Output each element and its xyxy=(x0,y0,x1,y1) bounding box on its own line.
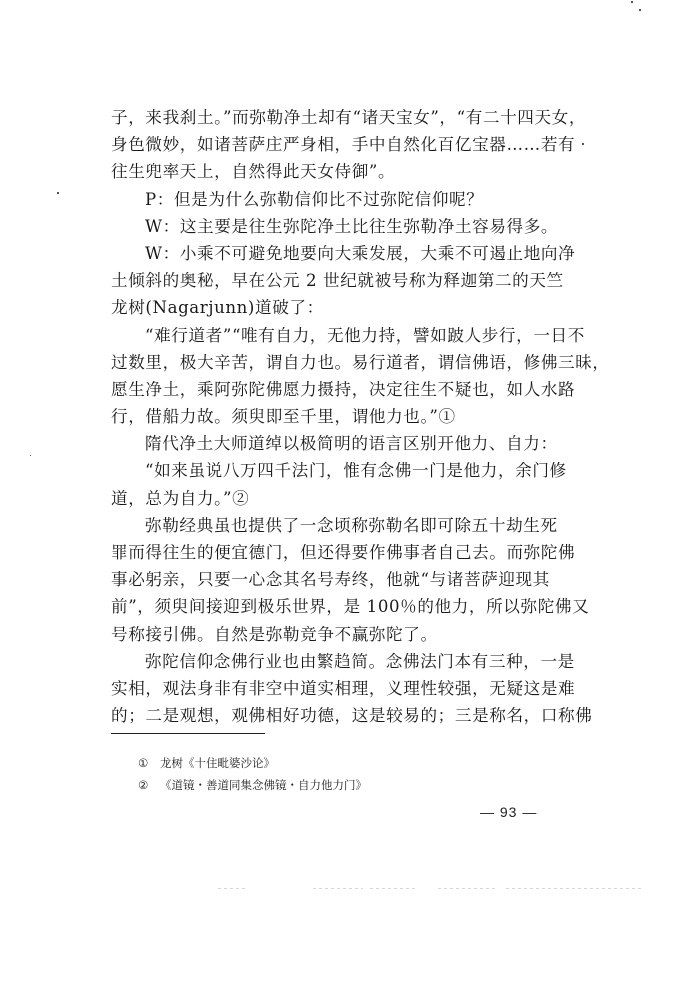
text-line: 事必躬亲，只要一心念其名号寿终，他就“与诸菩萨迎现其 xyxy=(111,566,573,593)
text-line: 实相，观法身非有非空中道实相理，义理性较强，无疑这是难 xyxy=(111,675,573,702)
text-line: 的；二是观想，观佛相好功德，这是较易的；三是称名，口称佛 xyxy=(111,702,573,729)
footnote-marker: ② xyxy=(138,774,160,796)
dialogue-line-w: W：这主要是往生弥陀净土比往生弥勒净土容易得多。 xyxy=(111,213,573,240)
scan-noise xyxy=(218,888,248,889)
scan-noise xyxy=(313,888,363,889)
text-line: 子，来我刹土。”而弥勒净土却有“诸天宝女”，“有二十四天女， xyxy=(111,104,573,131)
quote-line: 行，借船力故。须臾即至千里，谓他力也。”① xyxy=(111,403,573,430)
quote-line: “难行道者”“唯有自力，无他力持，譬如跛人步行，一日不 xyxy=(111,322,573,349)
quote-line: 过数里，极大辛苦，谓自力也。易行道者，谓信佛语，修佛三昧， xyxy=(111,349,573,376)
quote-line: “如来虽说八万四千法门，惟有念佛一门是他力，余门修 xyxy=(111,457,573,484)
body-text: 子，来我刹土。”而弥勒净土却有“诸天宝女”，“有二十四天女， 身色微妙，如诸菩萨… xyxy=(111,104,573,729)
footnote-text: 《道镜・善道同集念佛镜・自力他力门》 xyxy=(160,778,367,792)
footnotes: ①龙树《十住毗婆沙论》 ②《道镜・善道同集念佛镜・自力他力门》 xyxy=(138,752,367,796)
text-line: 前”，须臾间接迎到极乐世界，是 100％的他力，所以弥陀佛又 xyxy=(111,593,573,620)
text-line: 往生兜率天上，自然得此天女侍御”。 xyxy=(111,158,573,185)
text-line: 罪而得往生的便宜德门，但还得要作佛事者自己去。而弥陀佛 xyxy=(111,539,573,566)
dialogue-line-w: W：小乘不可避免地要向大乘发展，大乘不可遏止地向净 xyxy=(111,240,573,267)
scan-speck xyxy=(582,143,584,145)
scan-speck xyxy=(30,455,31,456)
scan-speck xyxy=(639,9,641,11)
scan-speck xyxy=(57,192,59,194)
footnote-text: 龙树《十住毗婆沙论》 xyxy=(160,756,275,770)
text-line: 弥勒经典虽也提供了一念顷称弥勒名即可除五十劫生死 xyxy=(111,512,573,539)
scan-speck xyxy=(631,1,633,3)
quote-line: 愿生净土，乘阿弥陀佛愿力摄持，决定往生不疑也，如人水路 xyxy=(111,376,573,403)
text-line: 弥陀信仰念佛行业也由繁趋简。念佛法门本有三种，一是 xyxy=(111,648,573,675)
scan-noise xyxy=(506,888,644,889)
footnote-1: ①龙树《十住毗婆沙论》 xyxy=(138,752,367,774)
text-line: 身色微妙，如诸菩萨庄严身相，手中自然化百亿宝器……若有 xyxy=(111,131,573,158)
page-number: — 93 — xyxy=(480,804,537,820)
text-line: 隋代净土大师道绰以极简明的语言区别开他力、自力： xyxy=(111,430,573,457)
scan-noise xyxy=(370,888,415,889)
text-line: 龙树(Nagarjunn)道破了： xyxy=(111,294,573,321)
footnote-2: ②《道镜・善道同集念佛镜・自力他力门》 xyxy=(138,774,367,796)
scan-noise xyxy=(438,888,498,889)
quote-line: 道，总为自力。”② xyxy=(111,485,573,512)
footnote-divider xyxy=(111,733,265,734)
footnote-marker: ① xyxy=(138,752,160,774)
text-line: 土倾斜的奥秘，早在公元 2 世纪就被号称为释迦第二的天竺 xyxy=(111,267,573,294)
dialogue-line-p: P：但是为什么弥勒信仰比不过弥陀信仰呢？ xyxy=(111,186,573,213)
document-page: 子，来我刹土。”而弥勒净土却有“诸天宝女”，“有二十四天女， 身色微妙，如诸菩萨… xyxy=(0,0,695,983)
text-line: 号称接引佛。自然是弥勒竞争不赢弥陀了。 xyxy=(111,621,573,648)
